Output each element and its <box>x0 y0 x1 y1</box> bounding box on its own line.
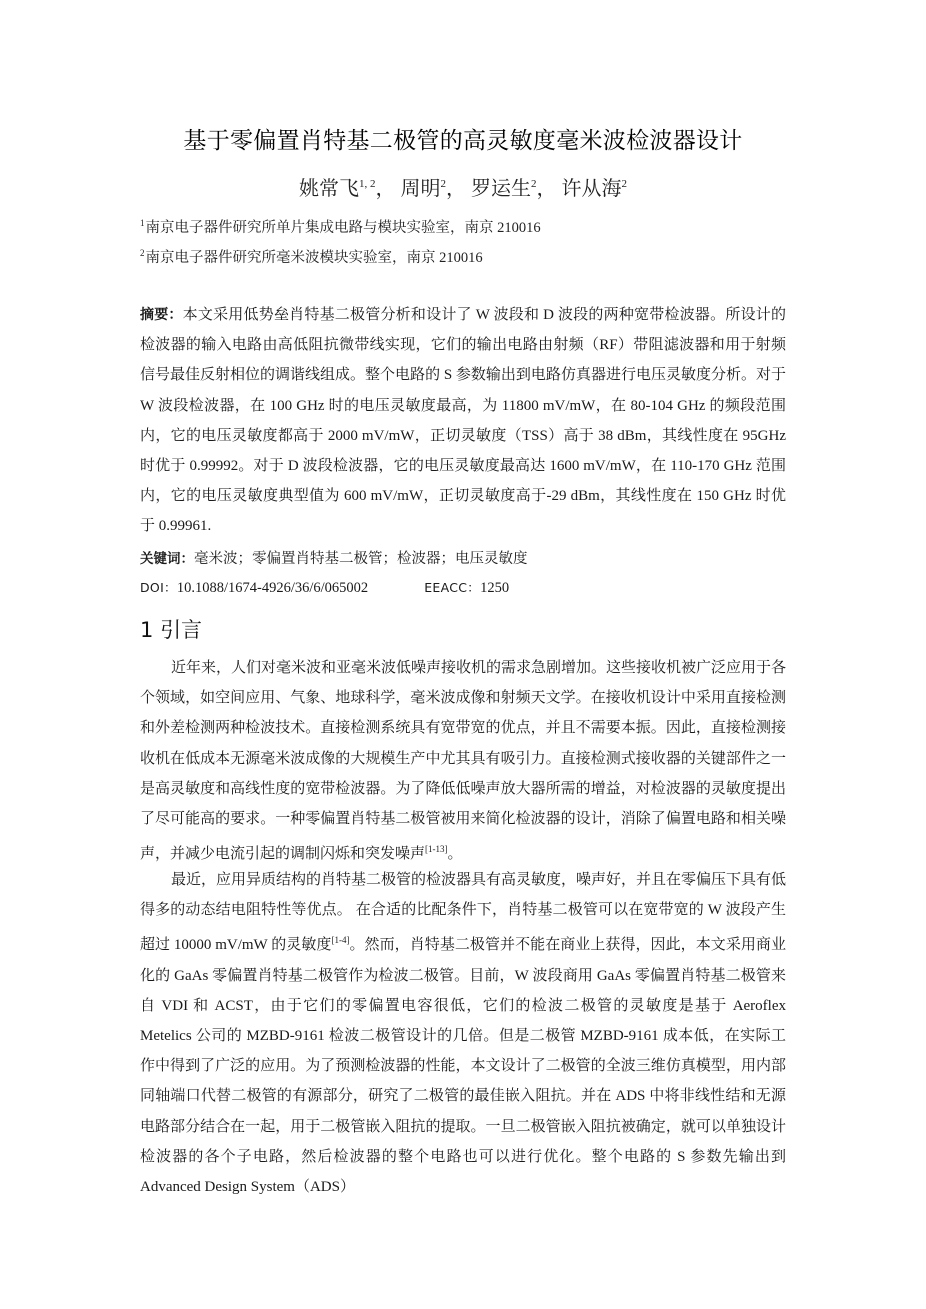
paragraph-end: 。 <box>448 846 463 862</box>
affiliation-number: 2 <box>140 248 145 258</box>
author-name: 姚常飞 <box>299 178 359 200</box>
affiliation-2: 2南京电子器件研究所毫米波模块实验室，南京 210016 <box>140 246 483 267</box>
eeacc-value: 1250 <box>480 580 509 596</box>
author-list: 姚常飞1, 2， 周明2， 罗运生2， 许从海2 <box>140 172 786 201</box>
eeacc-label: EEACC： <box>424 580 480 595</box>
citation[interactable]: [1-13] <box>425 844 448 854</box>
keywords-text: 毫米波；零偏置肖特基二极管；检波器；电压灵敏度 <box>194 551 528 567</box>
affiliation-number: 1 <box>140 218 145 228</box>
affiliation-text: 南京电子器件研究所毫米波模块实验室，南京 210016 <box>146 250 483 266</box>
section-title: 引言 <box>160 618 202 642</box>
section-heading: 1 引言 <box>140 614 202 644</box>
author-name: 罗运生 <box>471 178 531 200</box>
abstract-label: 摘要： <box>140 307 183 323</box>
intro-paragraph-2: 最近，应用异质结构的肖特基二极管的检波器具有高灵敏度，噪声好，并且在零偏压下具有… <box>140 865 786 1202</box>
author-name: 许从海 <box>562 178 622 200</box>
keywords-label: 关键词： <box>140 551 194 567</box>
affiliation-1: 1南京电子器件研究所单片集成电路与模块实验室，南京 210016 <box>140 216 541 237</box>
abstract-text: 本文采用低势垒肖特基二极管分析和设计了 W 波段和 D 波段的两种宽带检波器。所… <box>140 307 786 534</box>
author-name: 周明 <box>401 178 441 200</box>
section-number: 1 <box>140 618 153 642</box>
keywords: 关键词：毫米波；零偏置肖特基二极管；检波器；电压灵敏度 <box>140 547 528 568</box>
abstract: 摘要：本文采用低势垒肖特基二极管分析和设计了 W 波段和 D 波段的两种宽带检波… <box>140 300 786 542</box>
author-affiliation-mark: 1, 2 <box>359 178 376 190</box>
author-affiliation-mark: 2 <box>622 178 628 190</box>
doi-value[interactable]: 10.1088/1674-4926/36/6/065002 <box>177 580 368 596</box>
citation[interactable]: [1-4] <box>331 935 349 945</box>
author-separator: ， <box>376 178 396 200</box>
doi-label: DOI： <box>140 580 177 595</box>
intro-paragraph-1: 近年来，人们对毫米波和亚毫米波低噪声接收机的需求急剧增加。这些接收机被广泛应用于… <box>140 653 786 869</box>
paper-title: 基于零偏置肖特基二极管的高灵敏度毫米波检波器设计 <box>140 122 786 155</box>
affiliation-text: 南京电子器件研究所单片集成电路与模块实验室，南京 210016 <box>146 220 541 236</box>
doi-line: DOI：10.1088/1674-4926/36/6/065002EEACC：1… <box>140 578 509 597</box>
paragraph-text: 近年来，人们对毫米波和亚毫米波低噪声接收机的需求急剧增加。这些接收机被广泛应用于… <box>140 660 786 862</box>
author-separator: ， <box>446 178 466 200</box>
paragraph-text-continued: 。然而，肖特基二极管并不能在商业上获得，因此，本文采用商业化的 GaAs 零偏置… <box>140 937 786 1195</box>
author-separator: ， <box>537 178 557 200</box>
